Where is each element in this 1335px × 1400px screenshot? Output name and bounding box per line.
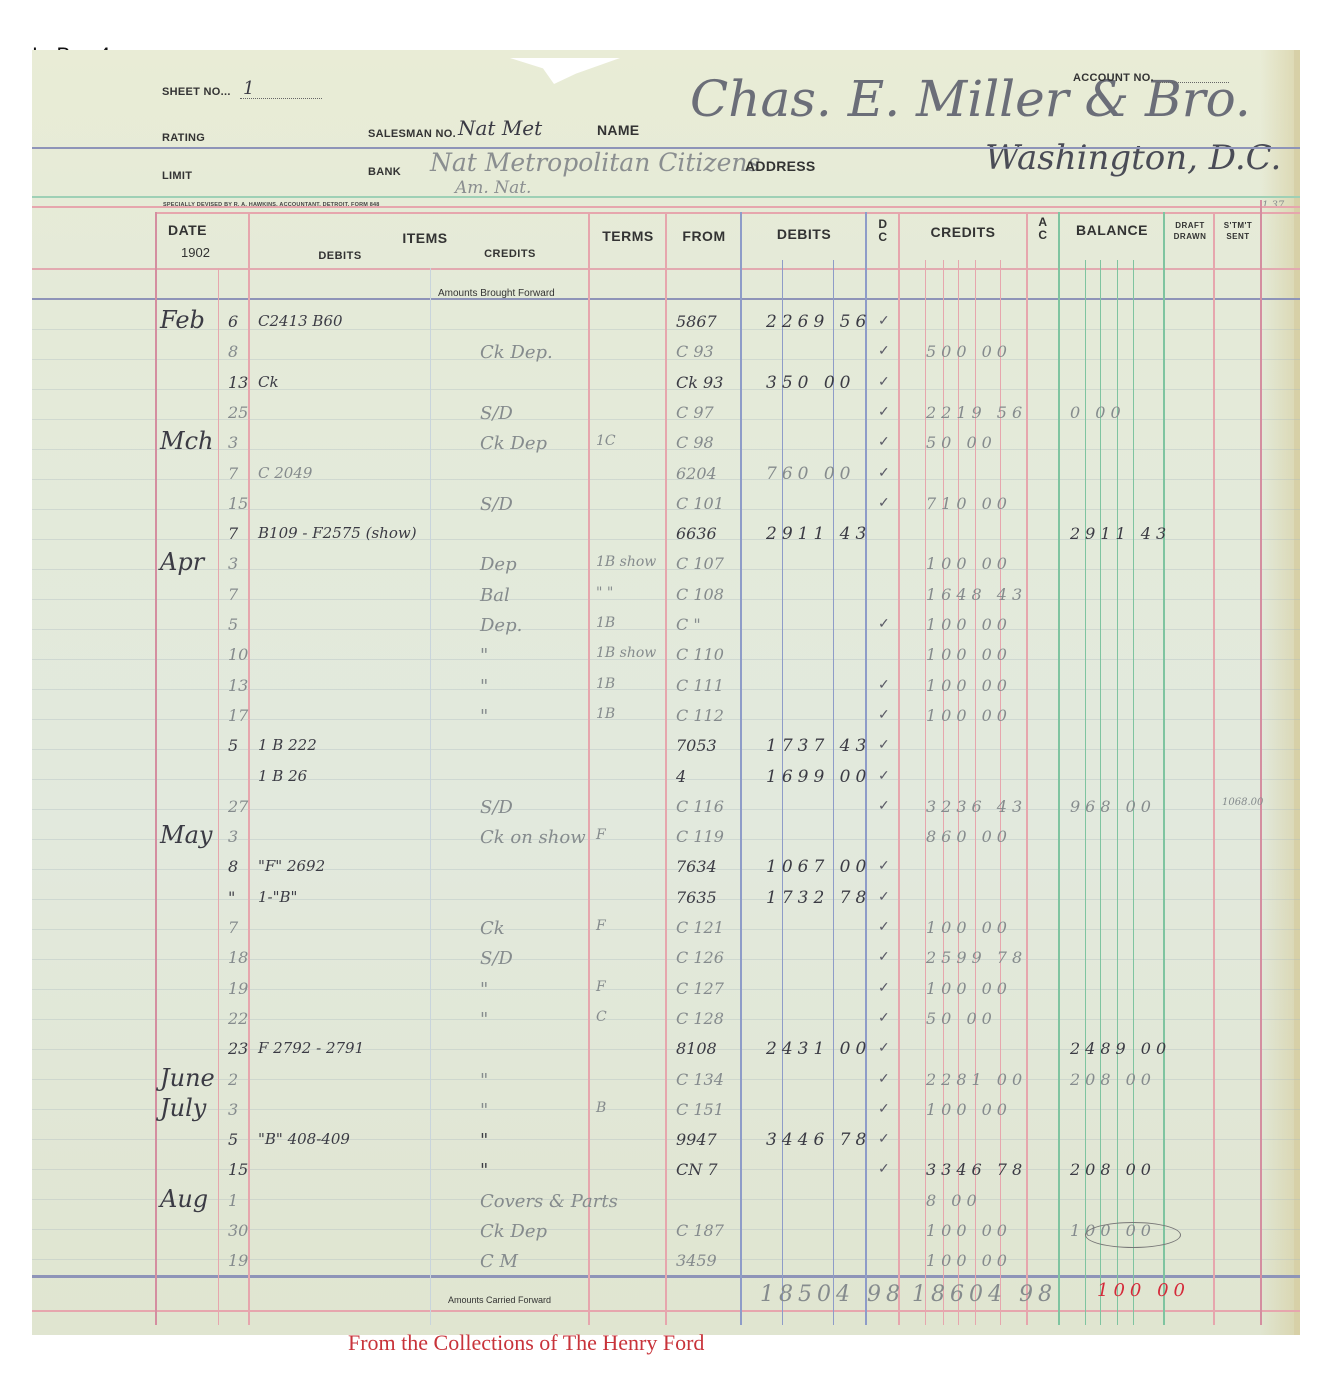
row-check: ✓ bbox=[878, 312, 890, 329]
vrule-draft-left bbox=[1163, 212, 1165, 1325]
row-day: 7 bbox=[228, 524, 238, 543]
row-terms: 1B bbox=[596, 676, 615, 692]
row-item-credit: Covers & Parts bbox=[480, 1191, 618, 1212]
row-credit: 1648 43 bbox=[926, 585, 1027, 604]
row-credit: 3236 43 bbox=[926, 797, 1027, 816]
row-from: C 112 bbox=[676, 706, 724, 725]
row-day: 5 bbox=[228, 615, 238, 634]
row-check: ✓ bbox=[878, 494, 890, 511]
row-balance: 2911 43 bbox=[1070, 524, 1171, 543]
row-from: C 121 bbox=[676, 918, 724, 937]
rule-header-top bbox=[155, 212, 1300, 214]
row-from: C 187 bbox=[676, 1221, 724, 1240]
row-terms: 1C bbox=[596, 433, 616, 449]
row-day: 17 bbox=[228, 706, 248, 725]
row-day: 3 bbox=[228, 827, 238, 846]
row-debit: 1737 43 bbox=[766, 736, 871, 756]
row-debit: 2911 43 bbox=[766, 524, 871, 544]
rating-label: RATING bbox=[162, 132, 205, 144]
row-debit: 3446 78 bbox=[766, 1130, 871, 1150]
row-item-debit: 1-"B" bbox=[258, 888, 297, 906]
row-from: C 108 bbox=[676, 585, 724, 604]
row-item-credit: " bbox=[480, 979, 488, 1000]
row-balance: 208 00 bbox=[1070, 1070, 1156, 1089]
row-from: C 98 bbox=[676, 433, 714, 452]
total-debits: 18504 98 bbox=[760, 1282, 905, 1307]
row-from: 9947 bbox=[676, 1130, 717, 1149]
row-day: 19 bbox=[228, 1251, 248, 1270]
account-no-label: ACCOUNT NO. bbox=[1073, 72, 1154, 84]
row-month: July bbox=[160, 1094, 206, 1122]
row-credit: 2281 00 bbox=[926, 1070, 1027, 1089]
row-terms: C bbox=[596, 1009, 607, 1025]
row-item-credit: S/D bbox=[480, 797, 513, 818]
row-day: 13 bbox=[228, 373, 248, 392]
row-day: 27 bbox=[228, 797, 248, 816]
vrule-right bbox=[1260, 200, 1262, 1325]
row-check: ✓ bbox=[878, 797, 890, 814]
row-item-credit: Ck Dep bbox=[480, 433, 547, 454]
row-from: 7053 bbox=[676, 736, 717, 755]
row-day: 5 bbox=[228, 1130, 238, 1149]
row-item-credit: Dep bbox=[480, 554, 517, 575]
vrule-debits-thousands bbox=[782, 260, 783, 1325]
row-item-debit: "B" 408-409 bbox=[258, 1130, 350, 1148]
row-item-credit: Ck on show bbox=[480, 827, 586, 848]
row-day: 25 bbox=[228, 403, 248, 422]
row-credit: 100 00 bbox=[926, 918, 1012, 937]
row-debit: 2431 00 bbox=[766, 1039, 871, 1059]
row-item-debit: B109 - F2575 (show) bbox=[258, 524, 417, 542]
row-day: 23 bbox=[228, 1039, 248, 1058]
row-day: 22 bbox=[228, 1009, 248, 1028]
address-label: ADDRESS bbox=[745, 158, 816, 174]
vrule-from-left bbox=[665, 212, 667, 1325]
row-credit: 100 00 bbox=[926, 1100, 1012, 1119]
row-day: 8 bbox=[228, 857, 238, 876]
row-from: C 111 bbox=[676, 676, 724, 695]
row-credit: 860 00 bbox=[926, 827, 1012, 846]
row-check: ✓ bbox=[878, 1160, 890, 1177]
row-item-credit: " bbox=[480, 676, 488, 697]
row-day: 5 bbox=[228, 736, 238, 755]
col-items-credits: CREDITS bbox=[470, 248, 550, 260]
row-debit: 1699 00 bbox=[766, 767, 871, 787]
col-debits: DEBITS bbox=[745, 226, 863, 242]
row-terms: F bbox=[596, 918, 606, 934]
total-balance: 100 00 bbox=[1097, 1280, 1190, 1301]
row-check: ✓ bbox=[878, 615, 890, 632]
row-balance: 968 00 bbox=[1070, 797, 1156, 816]
col-year: 1902 bbox=[181, 245, 210, 260]
row-terms: F bbox=[596, 979, 606, 995]
col-date: DATE bbox=[160, 222, 215, 238]
row-check: ✓ bbox=[878, 373, 890, 390]
vrule-credits-left bbox=[898, 212, 900, 1325]
row-item-debit: C2413 B60 bbox=[258, 312, 343, 330]
row-from: CN 7 bbox=[676, 1160, 718, 1179]
row-check: ✓ bbox=[878, 736, 890, 753]
row-day: 18 bbox=[228, 948, 248, 967]
col-draft-drawn: DRAFT DRAWN bbox=[1168, 220, 1212, 242]
row-item-credit: Ck Dep bbox=[480, 1221, 547, 1242]
row-day: 10 bbox=[228, 645, 248, 664]
row-day: 3 bbox=[228, 433, 238, 452]
rule-green-top bbox=[32, 196, 1300, 198]
row-balance: 2489 00 bbox=[1070, 1039, 1171, 1058]
row-item-credit: S/D bbox=[480, 948, 513, 969]
rule-name bbox=[32, 147, 1300, 149]
row-credit: 100 00 bbox=[926, 979, 1012, 998]
row-item-credit: " bbox=[480, 645, 488, 666]
row-item-credit: Ck bbox=[480, 918, 505, 939]
limit-label: LIMIT bbox=[162, 170, 192, 182]
col-credits: CREDITS bbox=[902, 224, 1024, 240]
row-check: ✓ bbox=[878, 888, 890, 905]
row-month: Feb bbox=[160, 306, 205, 334]
row-item-debit: Ck bbox=[258, 373, 279, 391]
row-check: ✓ bbox=[878, 857, 890, 874]
row-month: Mch bbox=[160, 427, 213, 455]
row-item-debit: 1 B 26 bbox=[258, 767, 307, 785]
vrule-day bbox=[218, 268, 219, 1325]
row-from: C " bbox=[676, 615, 701, 634]
row-day: 1 bbox=[228, 1191, 238, 1210]
row-from: 5867 bbox=[676, 312, 717, 331]
row-check: ✓ bbox=[878, 403, 890, 420]
row-from: C 101 bbox=[676, 494, 724, 513]
row-from: C 107 bbox=[676, 554, 724, 573]
row-from: 7634 bbox=[676, 857, 717, 876]
row-terms: 1B bbox=[596, 615, 615, 631]
row-balance: 208 00 bbox=[1070, 1160, 1156, 1179]
row-day: 7 bbox=[228, 464, 238, 483]
row-day: 3 bbox=[228, 1100, 238, 1119]
row-day: 19 bbox=[228, 979, 248, 998]
vrule-date-left bbox=[155, 212, 157, 1325]
row-credit: 710 00 bbox=[926, 494, 1012, 513]
row-credit: 2219 56 bbox=[926, 403, 1027, 422]
row-from: 8108 bbox=[676, 1039, 717, 1058]
row-day: 2 bbox=[228, 1070, 238, 1089]
row-check: ✓ bbox=[878, 342, 890, 359]
row-item-debit: F 2792 - 2791 bbox=[258, 1039, 364, 1057]
row-from: 6204 bbox=[676, 464, 717, 483]
rule-red-top bbox=[32, 206, 1300, 208]
col-balance: BALANCE bbox=[1062, 222, 1162, 238]
row-from: C 119 bbox=[676, 827, 724, 846]
account-no-underline bbox=[1157, 82, 1229, 83]
row-check: ✓ bbox=[878, 676, 890, 693]
row-stmt: 1068.00 bbox=[1222, 797, 1263, 808]
col-stmt-sent: S'TM'T SENT bbox=[1216, 220, 1260, 242]
row-terms: F bbox=[596, 827, 606, 843]
row-item-credit: " bbox=[480, 1100, 488, 1121]
bank-label: BANK bbox=[368, 166, 401, 178]
row-terms: " " bbox=[596, 585, 613, 601]
row-debit: 350 00 bbox=[766, 373, 855, 393]
row-item-credit: S/D bbox=[480, 403, 513, 424]
vrule-debits-left bbox=[740, 212, 742, 1325]
row-from: C 127 bbox=[676, 979, 724, 998]
row-check: ✓ bbox=[878, 1039, 890, 1056]
brought-forward-label: Amounts Brought Forward bbox=[438, 288, 555, 299]
row-day: 13 bbox=[228, 676, 248, 695]
row-item-credit: S/D bbox=[480, 494, 513, 515]
row-item-credit: " bbox=[480, 1160, 488, 1181]
row-credit: 100 00 bbox=[926, 615, 1012, 634]
row-debit: 760 00 bbox=[766, 464, 855, 484]
row-check: ✓ bbox=[878, 433, 890, 450]
salesman-value: Nat Met bbox=[458, 116, 542, 140]
row-check: ✓ bbox=[878, 1130, 890, 1147]
row-month: Apr bbox=[160, 548, 204, 576]
row-check: ✓ bbox=[878, 1100, 890, 1117]
row-debit: 1732 78 bbox=[766, 888, 871, 908]
row-month: May bbox=[160, 821, 212, 849]
row-credit: 100 00 bbox=[926, 676, 1012, 695]
row-check: ✓ bbox=[878, 767, 890, 784]
customer-name: Chas. E. Miller & Bro. bbox=[690, 70, 1251, 128]
carried-forward-label: Amounts Carried Forward bbox=[448, 1295, 551, 1305]
balance-circle-mark bbox=[1085, 1222, 1181, 1248]
row-check: ✓ bbox=[878, 918, 890, 935]
vrule-stmt-left bbox=[1213, 212, 1215, 1325]
row-credit: 100 00 bbox=[926, 706, 1012, 725]
row-check: ✓ bbox=[878, 464, 890, 481]
row-from: Ck 93 bbox=[676, 373, 723, 392]
row-debit: 1067 00 bbox=[766, 857, 871, 877]
row-item-credit: " bbox=[480, 706, 488, 727]
row-month: June bbox=[160, 1064, 215, 1092]
row-from: C 97 bbox=[676, 403, 714, 422]
row-credit: 8 00 bbox=[926, 1191, 982, 1210]
row-from: 4 bbox=[676, 767, 686, 786]
row-from: 3459 bbox=[676, 1251, 717, 1270]
row-day: 3 bbox=[228, 554, 238, 573]
row-credit: 100 00 bbox=[926, 1221, 1012, 1240]
row-day: 7 bbox=[228, 918, 238, 937]
row-terms: 1B show bbox=[596, 645, 656, 661]
row-from: C 116 bbox=[676, 797, 724, 816]
row-from: C 110 bbox=[676, 645, 724, 664]
row-item-credit: Bal bbox=[480, 585, 510, 606]
bank-value: Nat Metropolitan Citizens bbox=[430, 148, 760, 177]
collection-credit: From the Collections of The Henry Ford bbox=[348, 1330, 704, 1356]
row-balance: 0 00 bbox=[1070, 403, 1126, 422]
col-from: FROM bbox=[668, 228, 740, 244]
row-check: ✓ bbox=[878, 948, 890, 965]
col-items-debits: DEBITS bbox=[300, 250, 380, 262]
row-credit: 100 00 bbox=[926, 645, 1012, 664]
row-day: 15 bbox=[228, 494, 248, 513]
row-item-credit: Ck Dep. bbox=[480, 342, 553, 363]
row-credit: 100 00 bbox=[926, 554, 1012, 573]
row-day: 30 bbox=[228, 1221, 248, 1240]
row-check: ✓ bbox=[878, 1070, 890, 1087]
row-debit: 2269 56 bbox=[766, 312, 871, 332]
row-item-credit: C M bbox=[480, 1251, 518, 1272]
row-credit: 50 00 bbox=[926, 1009, 997, 1028]
row-day: 7 bbox=[228, 585, 238, 604]
row-from: C 126 bbox=[676, 948, 724, 967]
row-day: " bbox=[228, 888, 235, 907]
row-terms: 1B show bbox=[596, 554, 656, 570]
row-from: C 128 bbox=[676, 1009, 724, 1028]
vrule-balance-left bbox=[1058, 212, 1060, 1325]
row-day: 8 bbox=[228, 342, 238, 361]
total-credits: 18604 98 bbox=[912, 1282, 1057, 1307]
row-check: ✓ bbox=[878, 1009, 890, 1026]
row-item-credit: Dep. bbox=[480, 615, 522, 636]
col-terms: TERMS bbox=[592, 228, 664, 244]
row-from: 7635 bbox=[676, 888, 717, 907]
vrule-debits-cents bbox=[833, 260, 834, 1325]
row-terms: 1B bbox=[596, 706, 615, 722]
row-day: 6 bbox=[228, 312, 238, 331]
row-credit: 3346 78 bbox=[926, 1160, 1027, 1179]
row-item-credit: " bbox=[480, 1009, 488, 1030]
bank-value-2: Am. Nat. bbox=[455, 178, 531, 198]
vrule-ac-left bbox=[1026, 212, 1028, 1325]
row-item-credit: " bbox=[480, 1130, 488, 1151]
row-terms: B bbox=[596, 1100, 606, 1116]
customer-address: Washington, D.C. bbox=[985, 138, 1281, 178]
sheet-no-value: 1 bbox=[243, 78, 254, 99]
col-items: ITEMS bbox=[380, 230, 470, 246]
row-from: C 151 bbox=[676, 1100, 724, 1119]
row-credit: 500 00 bbox=[926, 342, 1012, 361]
row-from: C 93 bbox=[676, 342, 714, 361]
row-credit: 50 00 bbox=[926, 433, 997, 452]
row-from: 6636 bbox=[676, 524, 717, 543]
col-ac: A C bbox=[1030, 216, 1056, 242]
row-item-debit: C 2049 bbox=[258, 464, 312, 482]
row-item-credit: " bbox=[480, 1070, 488, 1091]
row-item-debit: 1 B 222 bbox=[258, 736, 317, 754]
row-credit: 2599 78 bbox=[926, 948, 1027, 967]
vrule-items-mid bbox=[430, 268, 431, 1325]
row-check: ✓ bbox=[878, 706, 890, 723]
name-label: NAME bbox=[597, 122, 639, 138]
row-month: Aug bbox=[160, 1185, 208, 1213]
row-day: 15 bbox=[228, 1160, 248, 1179]
row-item-debit: "F" 2692 bbox=[258, 857, 325, 875]
col-dc: D C bbox=[870, 218, 896, 244]
sheet-no-label: SHEET NO... bbox=[162, 86, 231, 98]
row-from: C 134 bbox=[676, 1070, 724, 1089]
vrule-terms-left bbox=[588, 212, 590, 1325]
salesman-label: SALESMAN NO. bbox=[368, 128, 456, 140]
row-check: ✓ bbox=[878, 979, 890, 996]
row-credit: 100 00 bbox=[926, 1251, 1012, 1270]
